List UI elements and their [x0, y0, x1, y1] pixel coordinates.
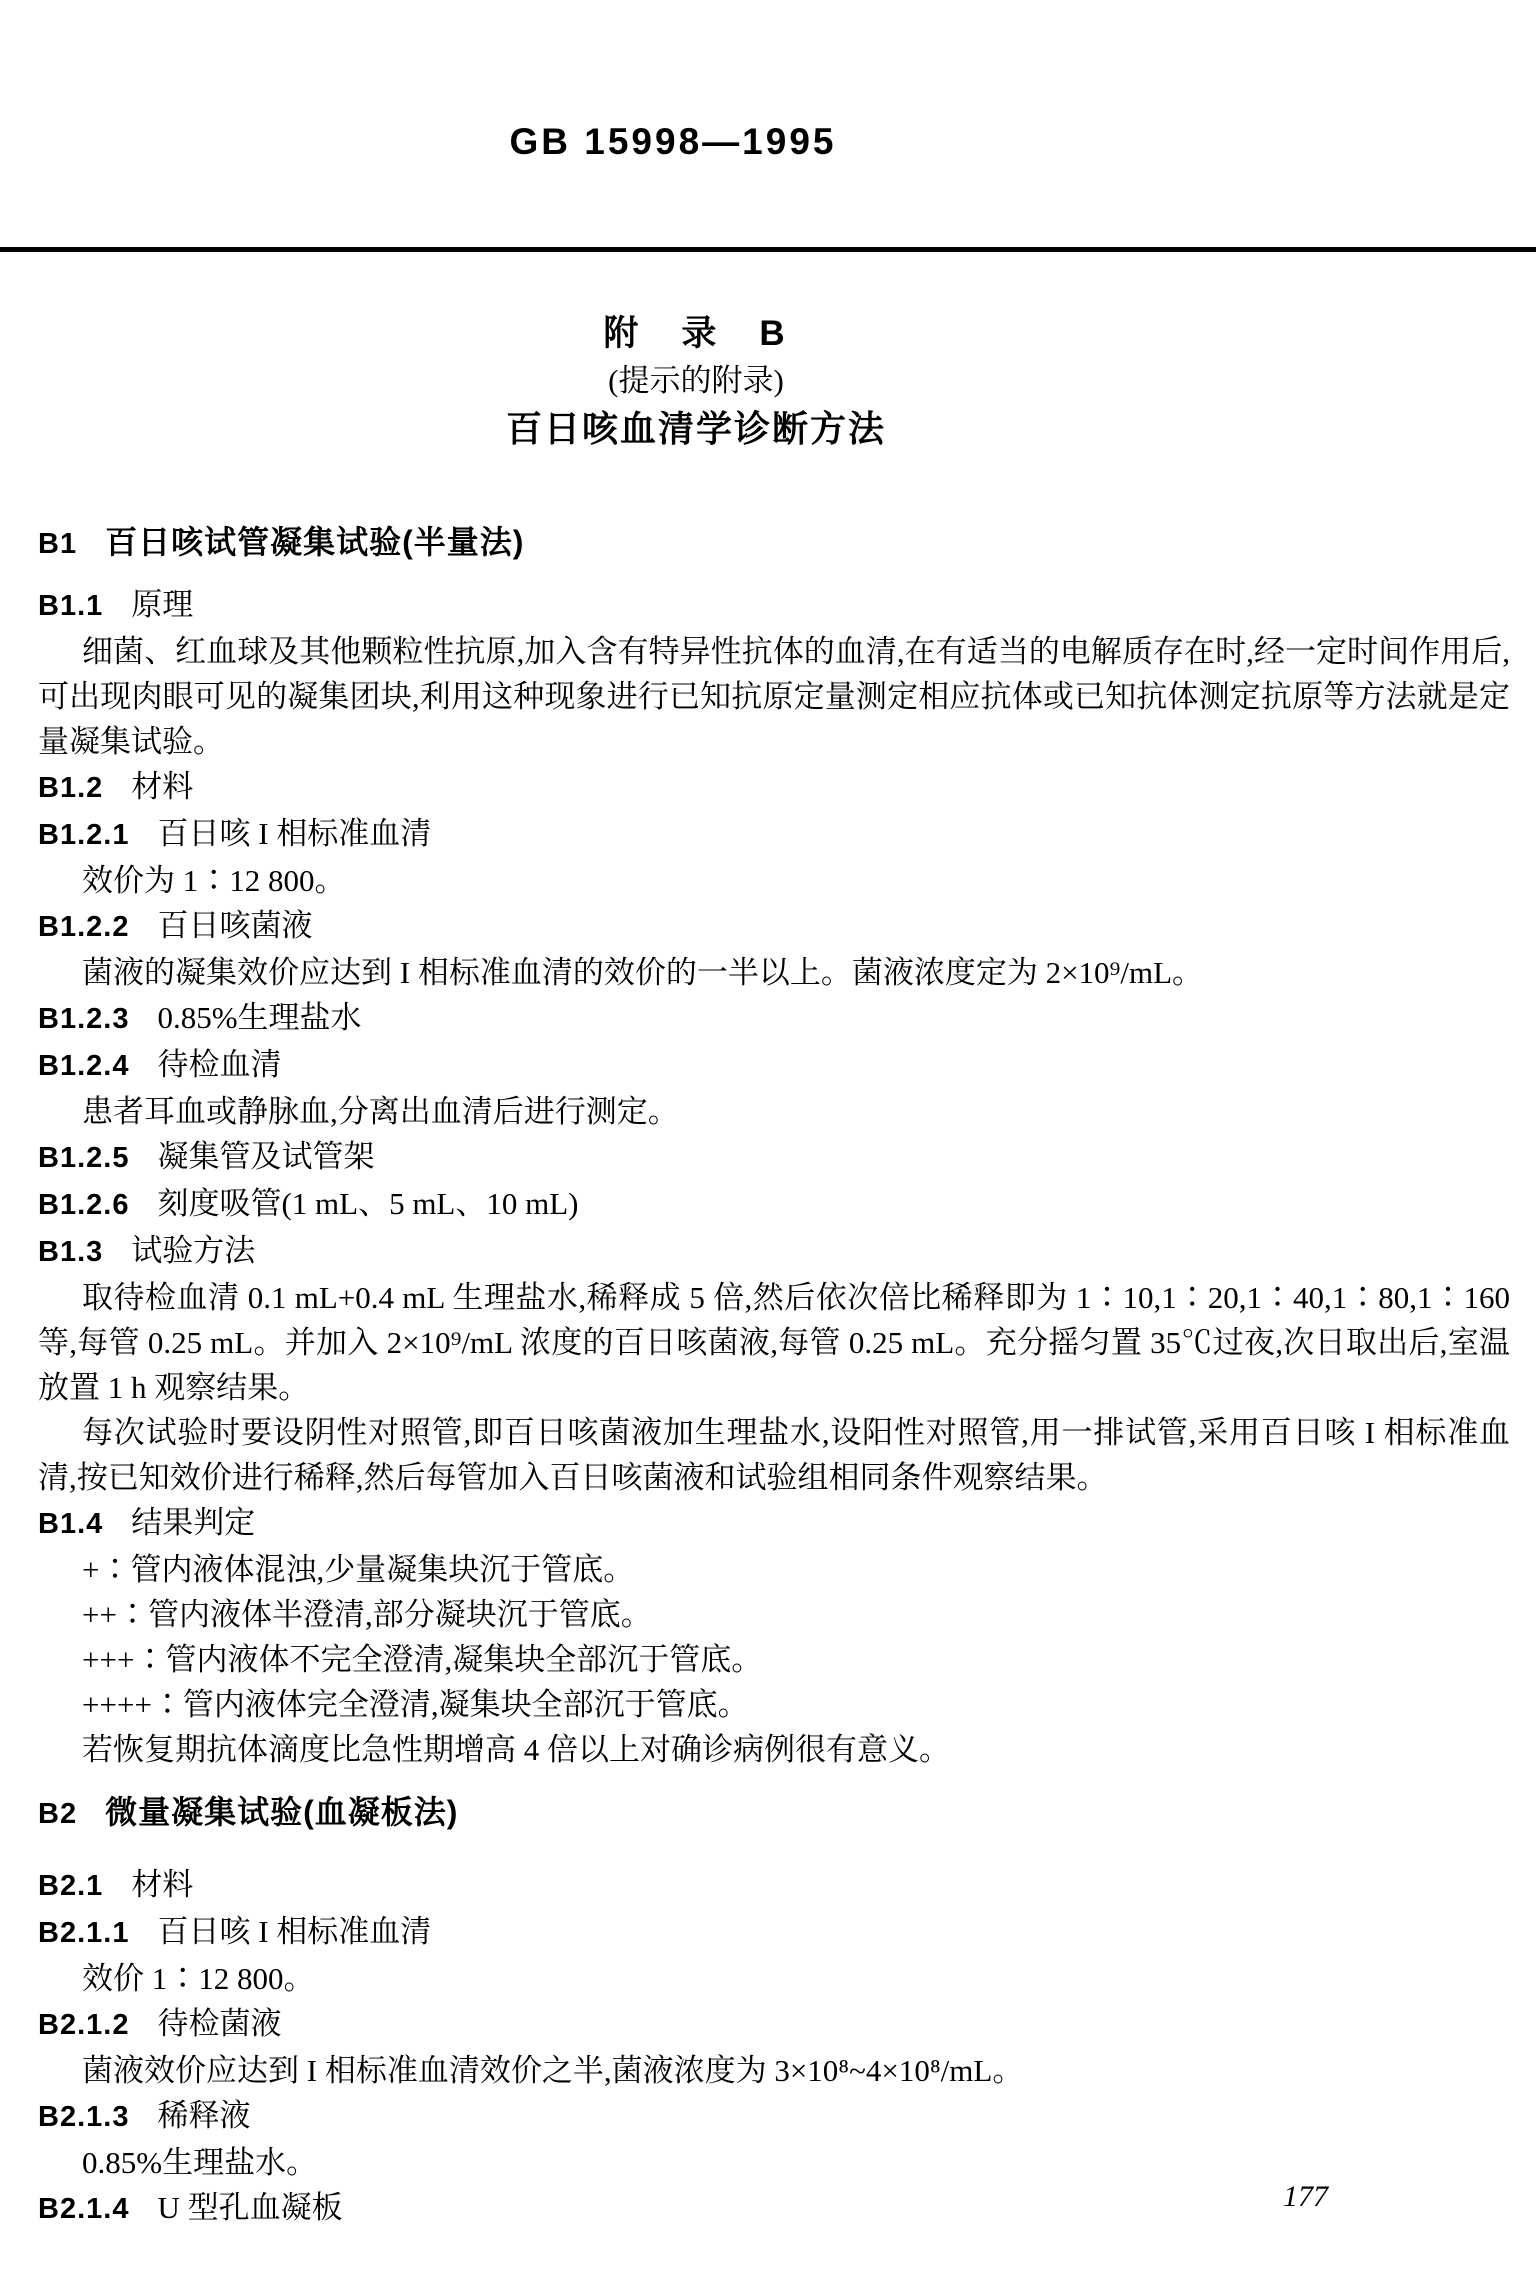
clause-title: 0.85%生理盐水 — [157, 1000, 361, 1035]
paragraph-b2-1-3: 0.85%生理盐水。 — [38, 2140, 1510, 2185]
paragraph-b1-3-1: 取待检血清 0.1 mL+0.4 mL 生理盐水,稀释成 5 倍,然后依次倍比稀… — [38, 1275, 1510, 1410]
page-number: 177 — [1283, 2180, 1328, 2214]
clause-b1-2-6: B1.2.6刻度吸管(1 mL、5 mL、10 mL) — [38, 1181, 1510, 1228]
clause-title: 百日咳 I 相标准血清 — [157, 816, 431, 851]
paragraph-b2-1-1: 效价 1∶12 800。 — [38, 1956, 1510, 2001]
clause-number: B2.1.2 — [38, 2009, 129, 2041]
clause-b2-1-1: B2.1.1百日咳 I 相标准血清 — [38, 1909, 1510, 1956]
clause-number: B2.1.3 — [38, 2101, 129, 2133]
clause-b1-2-1: B1.2.1百日咳 I 相标准血清 — [38, 811, 1510, 858]
paragraph-b1-1: 细菌、红血球及其他颗粒性抗原,加入含有特异性抗体的血清,在有适当的电解质存在时,… — [38, 629, 1510, 764]
result-note: 若恢复期抗体滴度比急性期增高 4 倍以上对确诊病例很有意义。 — [38, 1727, 1510, 1772]
clause-title: 稀释液 — [157, 2098, 250, 2133]
paragraph-b1-2-1: 效价为 1∶12 800。 — [38, 858, 1510, 903]
clause-number: B1.1 — [38, 590, 103, 622]
section-number: B2 — [38, 1798, 77, 1830]
appendix-title: 百日咳血清学诊断方法 — [506, 404, 886, 454]
paragraph-b2-1-2: 菌液效价应达到 I 相标准血清效价之半,菌液浓度为 3×10⁸~4×10⁸/mL… — [38, 2048, 1510, 2093]
paragraph-b1-2-2: 菌液的凝集效价应达到 I 相标准血清的效价的一半以上。菌液浓度定为 2×10⁹/… — [38, 950, 1510, 995]
clause-b1-3: B1.3试验方法 — [38, 1228, 1510, 1275]
clause-title: 材料 — [131, 1867, 193, 1902]
section-title: 微量凝集试验(血凝板法) — [105, 1794, 458, 1830]
clause-number: B1.2 — [38, 772, 103, 804]
clause-title: 待检血清 — [157, 1047, 281, 1082]
clause-b1-2: B1.2材料 — [38, 764, 1510, 811]
result-grade-3: +++∶管内液体不完全澄清,凝集块全部沉于管底。 — [38, 1637, 1510, 1682]
appendix-title-block: 附 录 B (提示的附录) 百日咳血清学诊断方法 — [506, 310, 886, 454]
clause-title: 刻度吸管(1 mL、5 mL、10 mL) — [157, 1186, 578, 1221]
clause-number: B2.1.4 — [38, 2193, 129, 2225]
clause-title: U 型孔血凝板 — [157, 2190, 342, 2225]
clause-b1-4: B1.4结果判定 — [38, 1500, 1510, 1547]
clause-title: 试验方法 — [131, 1233, 255, 1268]
clause-title: 材料 — [131, 769, 193, 804]
appendix-note: (提示的附录) — [506, 358, 886, 404]
clause-b2-1-3: B2.1.3稀释液 — [38, 2093, 1510, 2140]
clause-number: B1.2.2 — [38, 911, 129, 943]
clause-number: B2.1.1 — [38, 1917, 129, 1949]
appendix-label: 附 录 B — [506, 310, 886, 358]
clause-title: 原理 — [131, 587, 193, 622]
standard-number: GB 15998—1995 — [510, 122, 837, 162]
document-body: B1百日咳试管凝集试验(半量法) B1.1原理 细菌、红血球及其他颗粒性抗原,加… — [38, 518, 1510, 2232]
section-heading-b2: B2微量凝集试验(血凝板法) — [38, 1788, 1510, 1838]
clause-number: B1.2.3 — [38, 1003, 129, 1035]
clause-title: 待检菌液 — [157, 2006, 281, 2041]
clause-b2-1-2: B2.1.2待检菌液 — [38, 2001, 1510, 2048]
clause-number: B1.2.5 — [38, 1142, 129, 1174]
paragraph-b1-2-4: 患者耳血或静脉血,分离出血清后进行测定。 — [38, 1089, 1510, 1134]
header-rule — [0, 247, 1536, 252]
clause-title: 百日咳菌液 — [157, 908, 312, 943]
clause-number: B1.3 — [38, 1236, 103, 1268]
document-page: GB 15998—1995 附 录 B (提示的附录) 百日咳血清学诊断方法 B… — [0, 0, 1536, 2285]
clause-b1-2-2: B1.2.2百日咳菌液 — [38, 903, 1510, 950]
clause-b1-2-5: B1.2.5凝集管及试管架 — [38, 1134, 1510, 1181]
clause-title: 结果判定 — [131, 1505, 255, 1540]
result-grade-1: +∶管内液体混浊,少量凝集块沉于管底。 — [38, 1547, 1510, 1592]
section-title: 百日咳试管凝集试验(半量法) — [105, 524, 524, 560]
clause-b1-1: B1.1原理 — [38, 582, 1510, 629]
clause-b1-2-3: B1.2.30.85%生理盐水 — [38, 995, 1510, 1042]
clause-number: B1.2.4 — [38, 1050, 129, 1082]
paragraph-b1-3-2: 每次试验时要设阴性对照管,即百日咳菌液加生理盐水,设阳性对照管,用一排试管,采用… — [38, 1410, 1510, 1500]
clause-b2-1: B2.1材料 — [38, 1862, 1510, 1909]
clause-number: B1.4 — [38, 1508, 103, 1540]
clause-title: 凝集管及试管架 — [157, 1139, 374, 1174]
result-grade-2: ++∶管内液体半澄清,部分凝块沉于管底。 — [38, 1592, 1510, 1637]
section-heading-b1: B1百日咳试管凝集试验(半量法) — [38, 518, 1510, 568]
clause-number: B2.1 — [38, 1870, 103, 1902]
clause-number: B1.2.6 — [38, 1189, 129, 1221]
clause-b1-2-4: B1.2.4待检血清 — [38, 1042, 1510, 1089]
clause-title: 百日咳 I 相标准血清 — [157, 1914, 431, 1949]
clause-number: B1.2.1 — [38, 819, 129, 851]
result-grade-4: ++++∶管内液体完全澄清,凝集块全部沉于管底。 — [38, 1682, 1510, 1727]
section-number: B1 — [38, 528, 77, 560]
